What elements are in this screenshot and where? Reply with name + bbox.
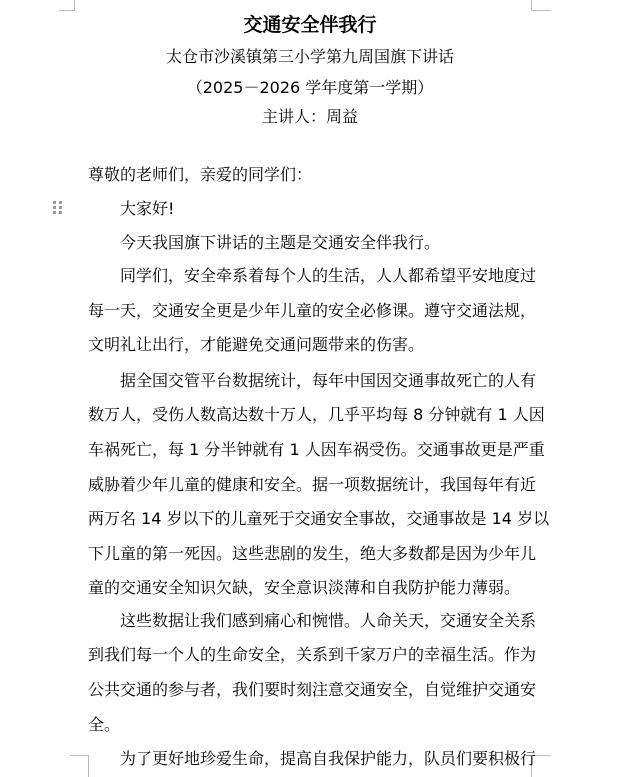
paragraph-line: 数万人，受伤人数高达数十万人，几乎平均每 8 分钟就有 1 人因 (88, 405, 532, 425)
margin-corner-bottom-left (70, 755, 89, 777)
paragraph-line: 两万名 14 岁以下的儿童死于交通安全事故，交通事故是 14 岁以 (88, 509, 532, 529)
document-speaker: 主讲人：周益 (0, 107, 620, 127)
paragraph-line: 今天我国旗下讲话的主题是交通安全伴我行。 (120, 233, 532, 253)
document-subtitle-school: 太仓市沙溪镇第三小学第九周国旗下讲话 (0, 47, 620, 67)
paragraph-line: 这些数据让我们感到痛心和惋惜。人命关天，交通安全关系 (120, 611, 532, 631)
paragraph-line: 公共交通的参与者，我们要时刻注意交通安全，自觉维护交通安 (88, 680, 532, 700)
margin-corner-top-left (59, 0, 75, 11)
document-subtitle-term: （2025－2026 学年度第一学期） (0, 78, 620, 98)
paragraph-line: 威胁着少年儿童的健康和安全。据一项数据统计，我国每年有近 (88, 475, 532, 495)
paragraph-line: 为了更好地珍爱生命，提高自我保护能力，队员们要积极行 (120, 749, 532, 769)
document-page: 交通安全伴我行 太仓市沙溪镇第三小学第九周国旗下讲话 （2025－2026 学年… (0, 0, 620, 777)
paragraph-line: 每一天，交通安全更是少年儿童的安全必修课。遵守交通法规， (88, 301, 532, 321)
margin-corner-top-right (531, 0, 551, 11)
greeting-line: 尊敬的老师们，亲爱的同学们： (88, 165, 532, 185)
paragraph-line: 全。 (88, 715, 532, 735)
drag-handle-icon[interactable] (53, 201, 65, 215)
document-title: 交通安全伴我行 (0, 15, 620, 35)
paragraph-line: 据全国交管平台数据统计，每年中国因交通事故死亡的人有 (120, 371, 532, 391)
paragraph-line: 同学们，安全牵系着每个人的生活，人人都希望平安地度过 (120, 266, 532, 286)
paragraph-line: 下儿童的第一死因。这些悲剧的发生，绝大多数都是因为少年儿 (88, 544, 532, 564)
paragraph-line: 文明礼让出行，才能避免交通问题带来的伤害。 (88, 335, 532, 355)
paragraph-line: 到我们每一个人的生命安全，关系到千家万户的幸福生活。作为 (88, 645, 532, 665)
paragraph-line: 童的交通安全知识欠缺，安全意识淡薄和自我防护能力薄弱。 (88, 578, 532, 598)
paragraph-line: 车祸死亡，每 1 分半钟就有 1 人因车祸受伤。交通事故更是严重 (88, 440, 532, 460)
paragraph-line: 大家好! (120, 199, 532, 219)
